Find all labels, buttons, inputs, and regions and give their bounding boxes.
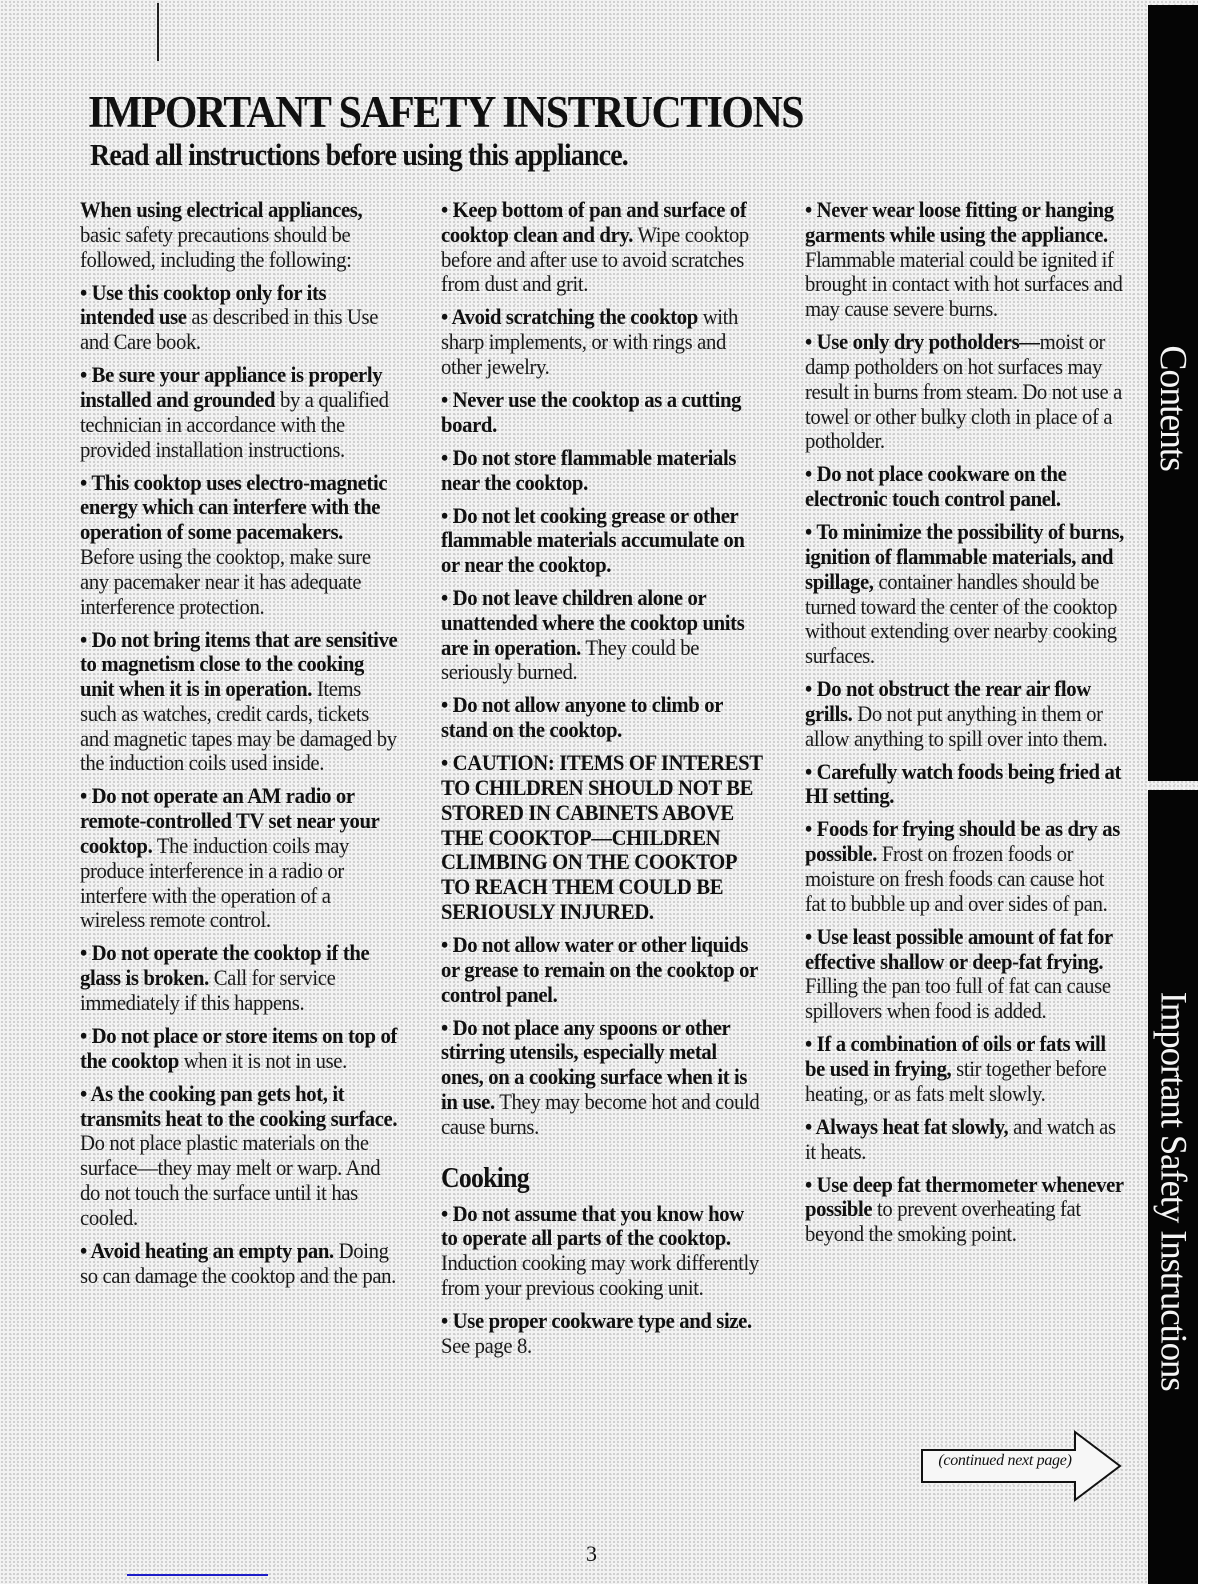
bullet-icon: • <box>80 1238 91 1263</box>
bullet-icon: • <box>441 1308 453 1333</box>
safety-item: • Do not assume that you know how to ope… <box>441 1202 763 1301</box>
safety-item: • Do not allow anyone to climb or stand … <box>441 693 763 743</box>
item-body-text: Induction cooking may work differently f… <box>441 1250 759 1300</box>
crop-mark <box>157 3 159 61</box>
bullet-icon: • <box>80 280 92 305</box>
item-body-text: when it is not in use. <box>179 1048 347 1073</box>
safety-item: • Do not place or store items on top of … <box>80 1024 400 1074</box>
bullet-icon: • <box>805 1172 817 1197</box>
item-body-text: Before using the cooktop, make sure any … <box>80 544 371 619</box>
section-heading-cooking: Cooking <box>441 1164 763 1194</box>
bullet-icon: • <box>80 362 92 387</box>
bullet-icon: • <box>805 816 817 841</box>
bullet-icon: • <box>80 783 92 808</box>
bullet-icon: • <box>805 759 817 784</box>
safety-item: • Use least possible amount of fat for e… <box>805 925 1127 1024</box>
bullet-icon: • <box>80 627 92 652</box>
page-subtitle: Read all instructions before using this … <box>90 137 628 173</box>
footer-rule <box>127 1574 268 1576</box>
safety-item: • Carefully watch foods being fried at H… <box>805 760 1127 810</box>
safety-item: • Do not place cookware on the electroni… <box>805 462 1127 512</box>
bullet-icon: • <box>805 329 817 354</box>
safety-item: • As the cooking pan gets hot, it transm… <box>80 1082 400 1231</box>
safety-item: • Do not store flammable materials near … <box>441 446 763 496</box>
bullet-icon: • <box>805 676 817 701</box>
bullet-icon: • <box>805 461 817 486</box>
safety-item: • Never wear loose fitting or hanging ga… <box>805 198 1127 322</box>
safety-item: • Use this cooktop only for its intended… <box>80 281 400 355</box>
safety-item: • Do not bring items that are sensitive … <box>80 628 400 777</box>
bullet-icon: • <box>441 1015 453 1040</box>
bullet-icon: • <box>80 1023 92 1048</box>
item-bold-lead: Use least possible amount of fat for eff… <box>805 924 1112 974</box>
bullet-icon: • <box>441 197 453 222</box>
tab-contents[interactable]: Contents <box>1148 5 1198 781</box>
bullet-icon: • <box>805 519 816 544</box>
item-bold-lead: Do not place cookware on the electronic … <box>805 461 1066 511</box>
safety-item: • Use only dry potholders—moist or damp … <box>805 330 1127 454</box>
safety-item: • Avoid heating an empty pan. Doing so c… <box>80 1239 400 1289</box>
safety-item: • Do not place any spoons or other stirr… <box>441 1016 763 1140</box>
bullet-icon: • <box>441 1201 453 1226</box>
bullet-icon: • <box>441 387 453 412</box>
item-bold-lead: Always heat fat slowly, <box>816 1114 1009 1139</box>
item-bold-lead: Do not allow water or other liquids or g… <box>441 932 758 1007</box>
bullet-icon: • <box>441 445 453 470</box>
safety-item: • Never use the cooktop as a cutting boa… <box>441 388 763 438</box>
item-bold-lead: Do not let cooking grease or other flamm… <box>441 503 744 578</box>
safety-item: • Avoid scratching the cooktop with shar… <box>441 305 763 379</box>
item-bold-lead: When using electrical appliances, <box>80 197 362 222</box>
safety-item: • CAUTION: ITEMS OF INTEREST TO CHILDREN… <box>441 751 763 925</box>
item-bold-lead: Use only dry potholders— <box>817 329 1040 354</box>
safety-item: • Keep bottom of pan and surface of cook… <box>441 198 763 297</box>
safety-item: • Do not let cooking grease or other fla… <box>441 504 763 578</box>
item-bold-lead: CAUTION: ITEMS OF INTEREST TO CHILDREN S… <box>441 750 762 924</box>
safety-item: • Foods for frying should be as dry as p… <box>805 817 1127 916</box>
bullet-icon: • <box>805 1031 817 1056</box>
tab-safety-label: Important Safety Instructions <box>1152 992 1195 1391</box>
bullet-icon: • <box>441 585 453 610</box>
bullet-icon: • <box>80 470 91 495</box>
tab-important-safety-instructions[interactable]: Important Safety Instructions <box>1148 790 1198 1584</box>
safety-item: • Use deep fat thermometer whenever poss… <box>805 1173 1127 1247</box>
item-bold-lead: Use proper cookware type and size. <box>453 1308 752 1333</box>
item-body-text: See page 8. <box>441 1333 532 1358</box>
bullet-icon: • <box>80 940 92 965</box>
item-bold-lead: Carefully watch foods being fried at HI … <box>805 759 1121 809</box>
item-bold-lead: This cooktop uses electro-magnetic energ… <box>80 470 387 545</box>
safety-item: • Be sure your appliance is properly ins… <box>80 363 400 462</box>
tab-contents-label: Contents <box>1151 345 1195 471</box>
item-bold-lead: Do not assume that you know how to opera… <box>441 1201 744 1251</box>
safety-item: When using electrical appliances, basic … <box>80 198 400 272</box>
bullet-icon: • <box>805 1114 816 1139</box>
bullet-icon: • <box>441 750 453 775</box>
item-bold-lead: Do not allow anyone to climb or stand on… <box>441 692 723 742</box>
bullet-icon: • <box>441 304 452 329</box>
item-body-text: Filling the pan too full of fat can caus… <box>805 973 1111 1023</box>
page-number: 3 <box>586 1541 597 1567</box>
safety-item: • Always heat fat slowly, and watch as i… <box>805 1115 1127 1165</box>
column-3: • Never wear loose fitting or hanging ga… <box>805 198 1127 1255</box>
item-bold-lead: Do not store flammable materials near th… <box>441 445 736 495</box>
item-bold-lead: Avoid scratching the cooktop <box>452 304 698 329</box>
safety-item: • To minimize the possibility of burns, … <box>805 520 1127 669</box>
safety-item: • If a combination of oils or fats will … <box>805 1032 1127 1106</box>
page-edge <box>1198 0 1224 1584</box>
safety-item: • This cooktop uses electro-magnetic ene… <box>80 471 400 620</box>
bullet-icon: • <box>805 924 817 949</box>
item-bold-lead: Never wear loose fitting or hanging garm… <box>805 197 1114 247</box>
item-bold-lead: Avoid heating an empty pan. <box>91 1238 334 1263</box>
item-body-text: Flammable material could be ignited if b… <box>805 247 1123 322</box>
safety-item: • Do not obstruct the rear air flow gril… <box>805 677 1127 751</box>
item-bold-lead: Never use the cooktop as a cutting board… <box>441 387 741 437</box>
bullet-icon: • <box>805 197 817 222</box>
safety-item: • Do not allow water or other liquids or… <box>441 933 763 1007</box>
safety-item: • Do not leave children alone or unatten… <box>441 586 763 685</box>
column-1: When using electrical appliances, basic … <box>80 198 400 1297</box>
bullet-icon: • <box>441 503 453 528</box>
item-bold-lead: As the cooking pan gets hot, it transmit… <box>80 1081 397 1131</box>
safety-item: • Do not operate an AM radio or remote-c… <box>80 784 400 933</box>
column-2: • Keep bottom of pan and surface of cook… <box>441 198 763 1367</box>
bullet-icon: • <box>441 932 453 957</box>
bullet-icon: • <box>441 692 453 717</box>
item-body-text: basic safety precautions should be follo… <box>80 222 352 272</box>
page-title: IMPORTANT SAFETY INSTRUCTIONS <box>88 88 803 136</box>
bullet-icon: • <box>80 1081 91 1106</box>
item-body-text: Do not place plastic materials on the su… <box>80 1130 380 1229</box>
continued-next-page[interactable]: (continued next page) <box>930 1452 1080 1470</box>
safety-item: • Do not operate the cooktop if the glas… <box>80 941 400 1015</box>
safety-item: • Use proper cookware type and size. See… <box>441 1309 763 1359</box>
